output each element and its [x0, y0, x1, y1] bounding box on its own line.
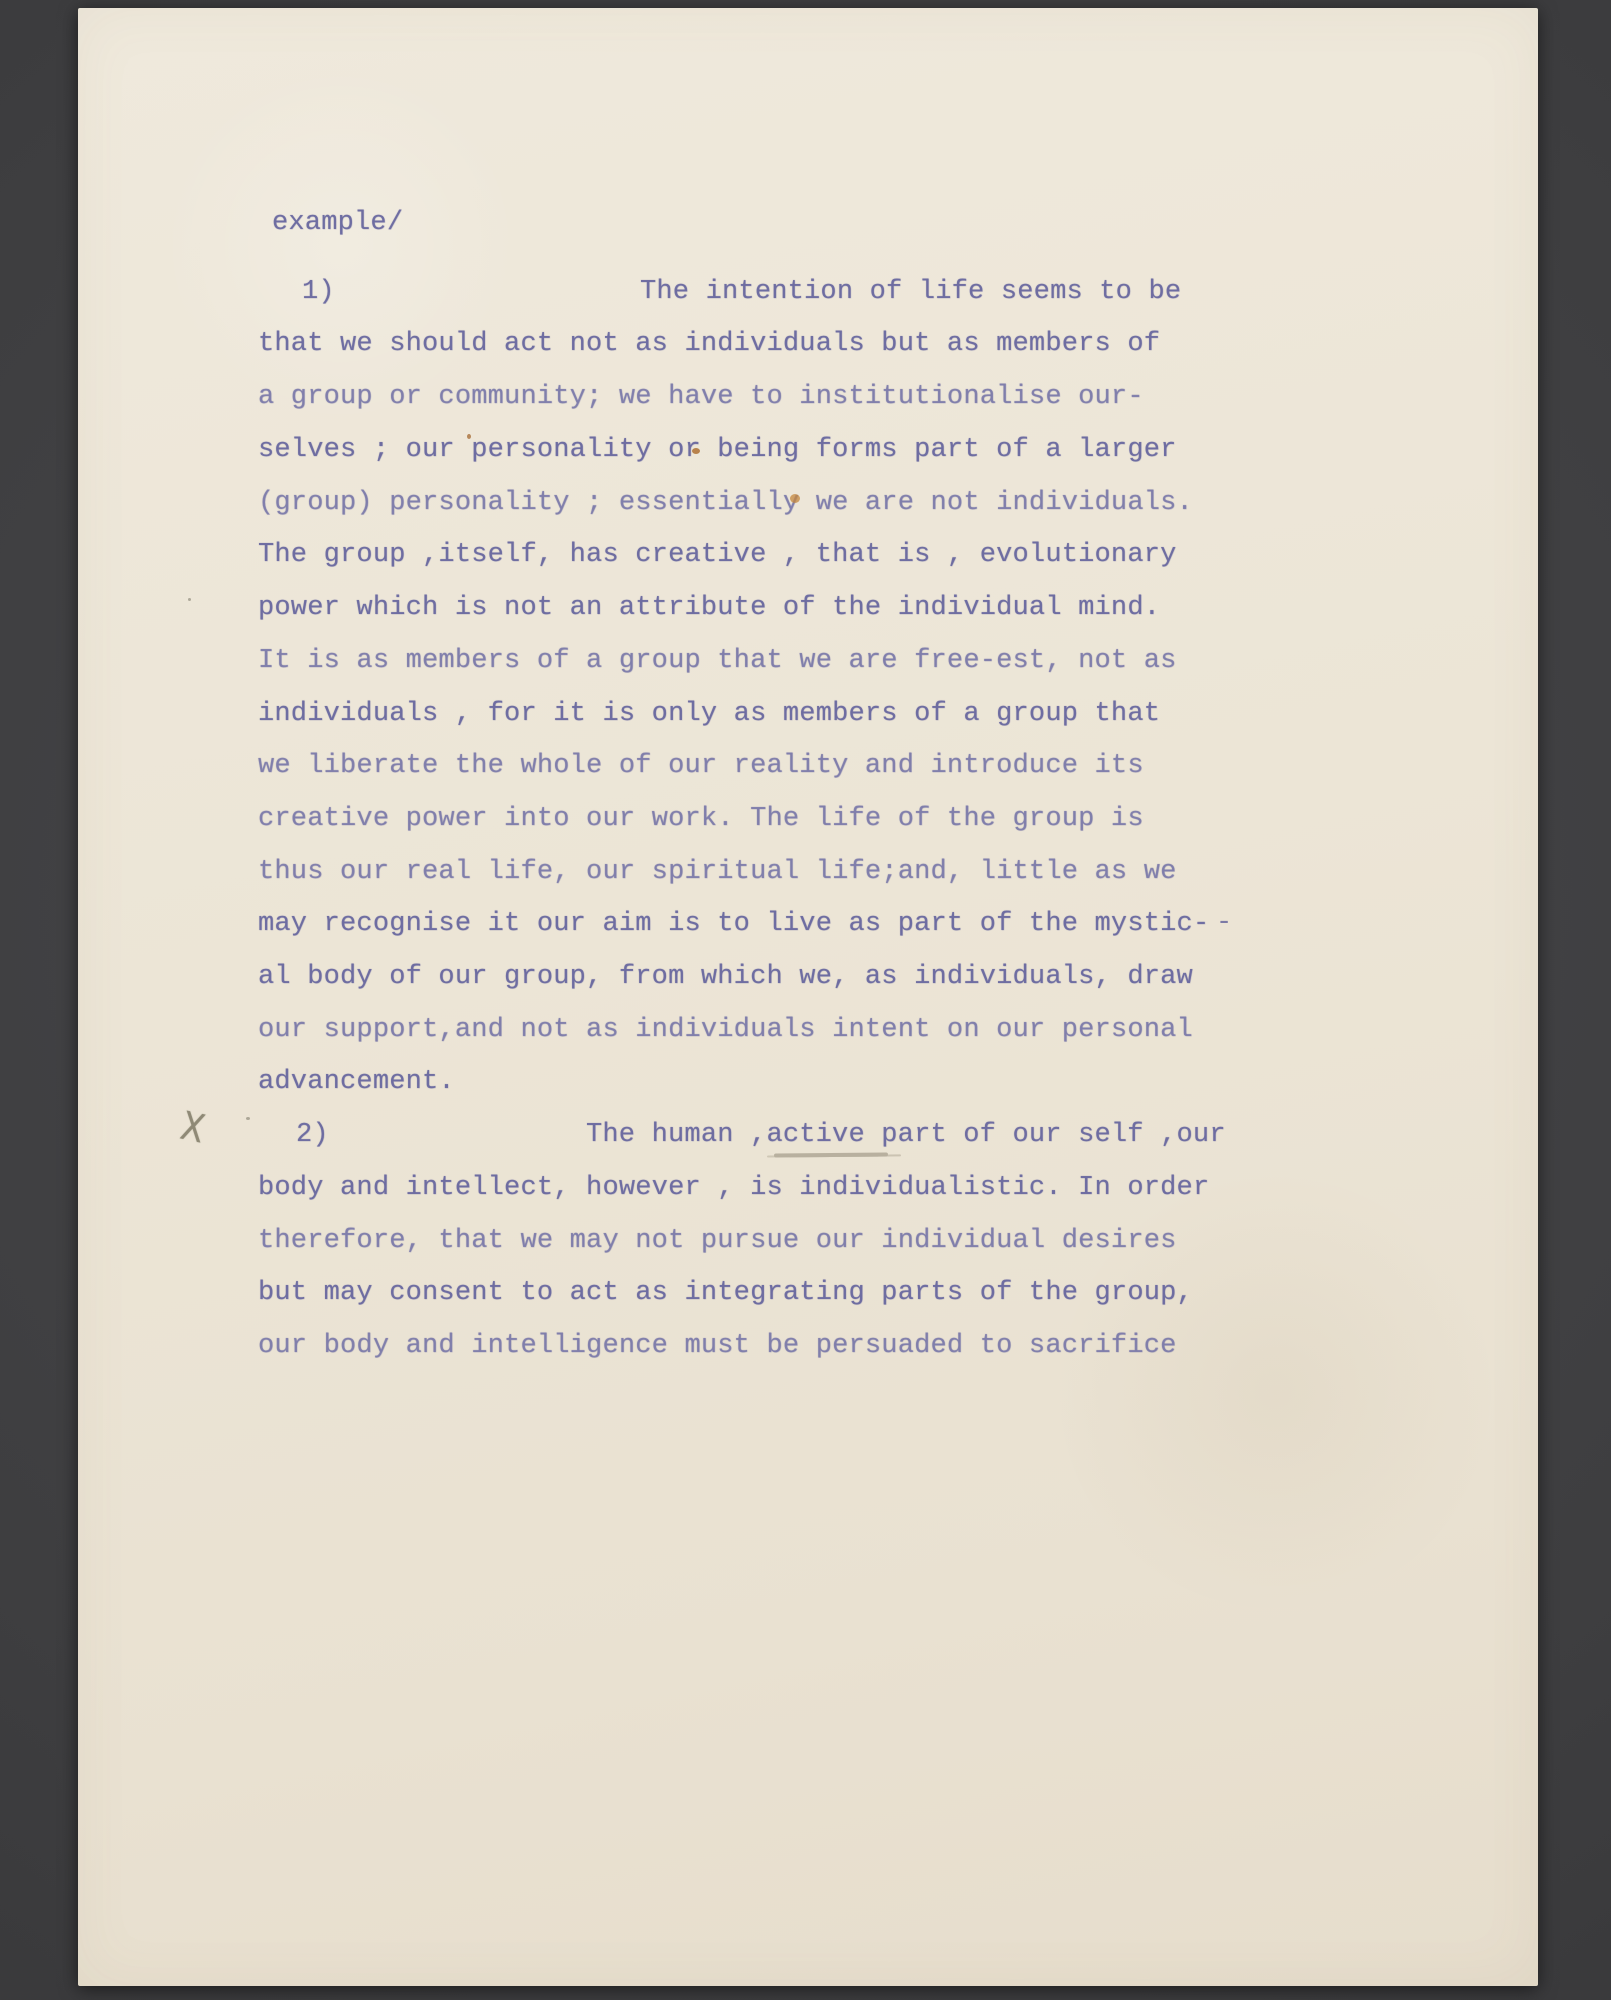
pencil-underline [774, 1153, 888, 1158]
typed-line: The group ,itself, has creative , that i… [258, 540, 1177, 570]
typed-line: power which is not an attribute of the i… [258, 593, 1160, 623]
typed-line: our support,and not as individuals inten… [258, 1015, 1193, 1045]
typed-line: that we should act not as individuals bu… [258, 329, 1160, 359]
pencil-x-mark: X [176, 1103, 208, 1153]
typed-line: selves ; our personality or being forms … [258, 435, 1177, 465]
typed-line: may recognise it our aim is to live as p… [258, 909, 1209, 939]
typed-line: al body of our group, from which we, as … [258, 962, 1193, 992]
typed-line: but may consent to act as integrating pa… [258, 1278, 1193, 1308]
typed-line: therefore, that we may not pursue our in… [258, 1226, 1177, 1256]
rust-fleck [790, 494, 800, 503]
scanned-typescript-page: { "colors": { "background": "#3e3e40", "… [0, 0, 1611, 2000]
first-line-pre: The human , [586, 1120, 766, 1150]
section-1-number: 1) [302, 277, 335, 307]
pencil-speck [188, 598, 191, 601]
typed-line: It is as members of a group that we are … [258, 646, 1177, 676]
typed-line: our body and intelligence must be persua… [258, 1331, 1177, 1361]
typed-line: a group or community; we have to institu… [258, 382, 1144, 412]
page-heading: example/ [272, 208, 403, 238]
typed-line: we liberate the whole of our reality and… [258, 751, 1144, 781]
typed-line: advancement. [258, 1067, 455, 1097]
rust-fleck [467, 434, 471, 439]
typed-line: creative power into our work. The life o… [258, 804, 1144, 834]
typed-line: thus our real life, our spiritual life;a… [258, 857, 1177, 887]
first-line-underlined-word: active [766, 1120, 864, 1150]
typed-line: individuals , for it is only as members … [258, 699, 1160, 729]
section-2-first-line: The human ,active part of our self ,our [586, 1120, 1226, 1150]
section-1-first-line: The intention of life seems to be [640, 277, 1181, 307]
margin-overrun-dash: - [1216, 908, 1232, 938]
first-line-post: part of our self ,our [865, 1120, 1226, 1150]
typescript-text-layer: example/ 1) The intention of life seems … [0, 0, 1611, 2000]
pencil-speck [246, 1117, 250, 1120]
section-2-number: 2) [296, 1120, 329, 1150]
typed-line: (group) personality ; essentially we are… [258, 488, 1193, 518]
rust-fleck [692, 448, 700, 454]
typed-line: body and intellect, however , is individ… [258, 1173, 1209, 1203]
